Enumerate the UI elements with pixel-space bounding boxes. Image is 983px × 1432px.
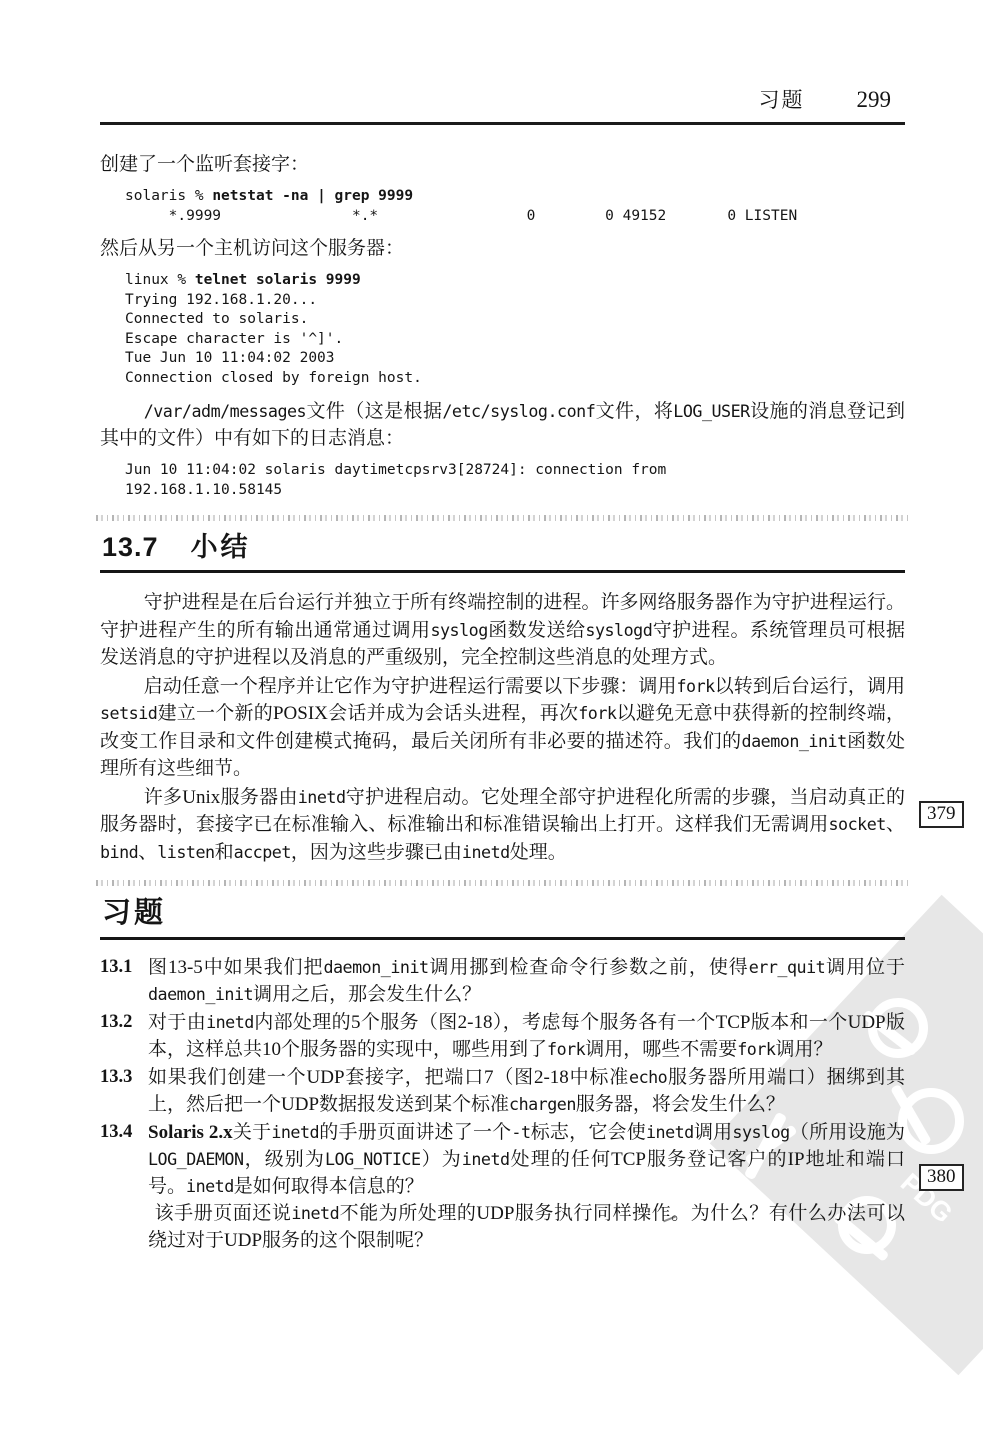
running-head: 习题 299	[100, 84, 905, 125]
code-line: linux % telnet solaris 9999	[125, 271, 905, 291]
lead-paragraph: 创建了一个监听套接字：	[100, 151, 905, 178]
exercise-item-13-3: 13.3 如果我们创建一个UDP套接字，把端口7（图2-18中标准echo服务器…	[100, 1064, 905, 1118]
section-heading: 13.7 小结	[100, 521, 905, 573]
exercise-item-13-2: 13.2 对于由inetd内部处理的5个服务（图2-18），考虑每个服务各有一个…	[100, 1009, 905, 1063]
exercise-item-13-4: 13.4 Solaris 2.x关于inetd的手册页面讲述了一个-t标志，它会…	[100, 1119, 905, 1254]
page-number: 299	[857, 87, 892, 113]
exercise-number: 13.2	[100, 1009, 132, 1037]
code-line: 192.168.1.10.58145	[125, 481, 905, 501]
code-line: solaris % netstat -na | grep 9999	[125, 187, 905, 207]
section-body: 守护进程是在后台运行并独立于所有终端控制的进程。许多网络服务器作为守护进程运行。…	[100, 589, 905, 866]
lead-paragraph-2: 然后从另一个主机访问这个服务器：	[100, 235, 905, 262]
code-line: *.9999 *.* 0 0 49152 0 LISTEN	[125, 207, 905, 227]
code-line: Trying 192.168.1.20...	[125, 291, 905, 311]
exercise-text-followup: 该手册页面还说inetd不能为所处理的UDP服务执行同样操作。为什么？有什么办法…	[148, 1200, 905, 1254]
summary-paragraph-3: 许多Unix服务器由inetd守护进程启动。它处理全部守护进程化所需的步骤，当启…	[100, 784, 905, 867]
code-line: Jun 10 11:04:02 solaris daytimetcpsrv3[2…	[125, 461, 905, 481]
section-exercises: 习题 13.1 图13-5中如果我们把daemon_init调用挪到检查命令行参…	[100, 880, 905, 1254]
exercise-text: Solaris 2.x关于inetd的手册页面讲述了一个-t标志，它会使inet…	[148, 1119, 905, 1200]
exercise-number: 13.1	[100, 954, 132, 982]
page-content: 习题 299 创建了一个监听套接字： solaris % netstat -na…	[0, 84, 983, 1254]
code-line: Connection closed by foreign host.	[125, 369, 905, 389]
messages-paragraph: /var/adm/messages文件（这是根据/etc/syslog.conf…	[100, 398, 905, 452]
code-block-telnet: linux % telnet solaris 9999Trying 192.16…	[125, 271, 905, 388]
exercise-item-13-1: 13.1 图13-5中如果我们把daemon_init调用挪到检查命令行参数之前…	[100, 954, 905, 1008]
code-block-netstat: solaris % netstat -na | grep 9999 *.9999…	[125, 187, 905, 226]
code-line: Connected to solaris.	[125, 310, 905, 330]
code-line: Escape character is '^]'.	[125, 330, 905, 350]
exercises-title: 习题	[102, 890, 166, 931]
book-page: PDG 379 380 习题 299 创建了一个监听套接字： solaris %…	[0, 0, 983, 1432]
margin-page-marker-379: 379	[919, 801, 964, 828]
summary-paragraph-2: 启动任意一个程序并让它作为守护进程运行需要以下步骤：调用fork以转到后台运行，…	[100, 673, 905, 783]
exercise-text: 对于由inetd内部处理的5个服务（图2-18），考虑每个服务各有一个TCP版本…	[148, 1009, 905, 1063]
section-summary: 13.7 小结 守护进程是在后台运行并独立于所有终端控制的进程。许多网络服务器作…	[100, 515, 905, 866]
exercise-text: 图13-5中如果我们把daemon_init调用挪到检查命令行参数之前，使得er…	[148, 954, 905, 1008]
exercise-number: 13.3	[100, 1064, 132, 1092]
code-line: Tue Jun 10 11:04:02 2003	[125, 349, 905, 369]
section-title: 小结	[191, 525, 251, 564]
exercise-number: 13.4	[100, 1119, 132, 1147]
code-block-syslog-message: Jun 10 11:04:02 solaris daytimetcpsrv3[2…	[125, 461, 905, 500]
exercises-heading: 习题	[100, 886, 905, 940]
summary-paragraph-1: 守护进程是在后台运行并独立于所有终端控制的进程。许多网络服务器作为守护进程运行。…	[100, 589, 905, 672]
exercise-list: 13.1 图13-5中如果我们把daemon_init调用挪到检查命令行参数之前…	[100, 954, 905, 1254]
section-number: 13.7	[102, 532, 159, 563]
running-head-title: 习题	[759, 84, 805, 114]
margin-page-marker-380: 380	[919, 1164, 964, 1191]
exercise-text: 如果我们创建一个UDP套接字，把端口7（图2-18中标准echo服务器所用端口）…	[148, 1064, 905, 1118]
